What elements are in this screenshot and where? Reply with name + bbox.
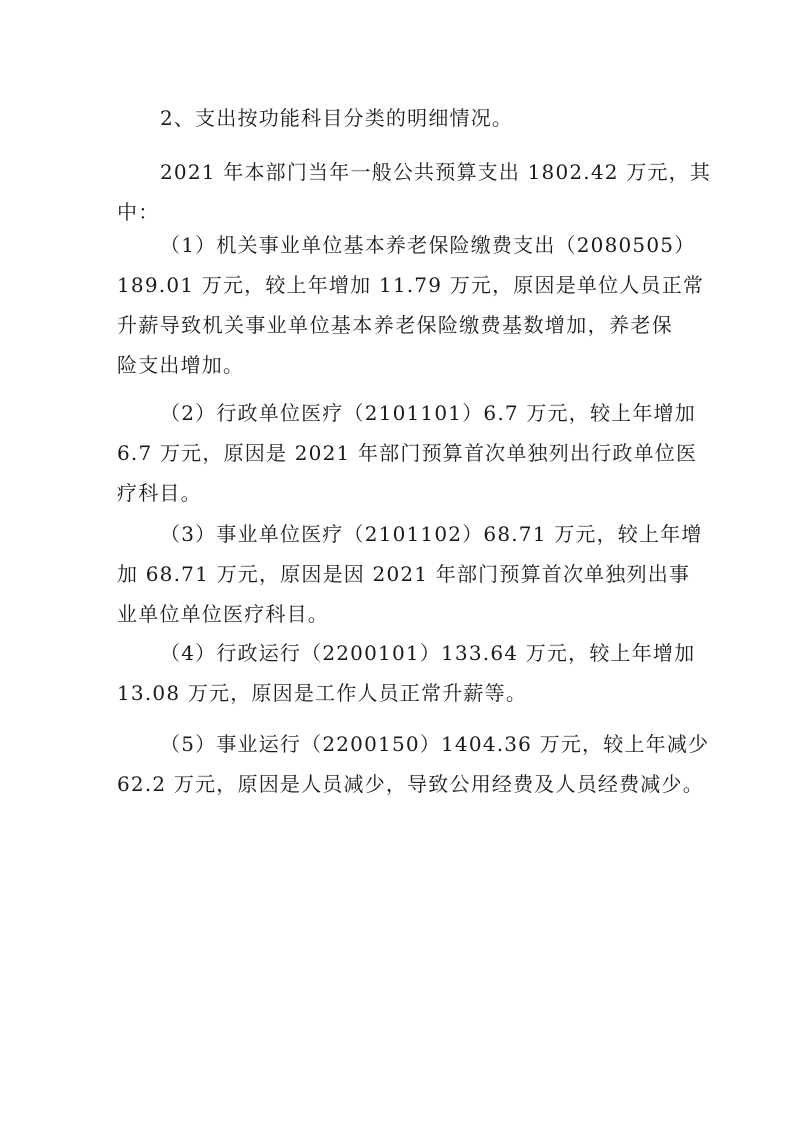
- paragraph-line: 中：: [117, 197, 673, 227]
- paragraph-line: 升薪导致机关事业单位基本养老保险缴费基数增加，养老保: [117, 310, 673, 340]
- paragraph-line: （1）机关事业单位基本养老保险缴费支出（2080505）: [160, 230, 673, 260]
- section-heading: 2、支出按功能科目分类的明细情况。: [160, 103, 673, 133]
- paragraph-line: 疗科目。: [117, 478, 673, 508]
- paragraph-line: 189.01 万元，较上年增加 11.79 万元，原因是单位人员正常: [117, 270, 673, 300]
- document-page: 2、支出按功能科目分类的明细情况。 2021 年本部门当年一般公共预算支出 18…: [0, 0, 793, 1122]
- paragraph-line: 6.7 万元，原因是 2021 年部门预算首次单独列出行政单位医: [117, 438, 673, 468]
- paragraph-line: （3）事业单位医疗（2101102）68.71 万元，较上年增: [160, 519, 673, 549]
- paragraph-line: （2）行政单位医疗（2101101）6.7 万元，较上年增加: [160, 398, 673, 428]
- paragraph-line: 2021 年本部门当年一般公共预算支出 1802.42 万元，其: [160, 157, 673, 187]
- paragraph-line: 13.08 万元，原因是工作人员正常升薪等。: [117, 678, 673, 708]
- paragraph-line: 加 68.71 万元，原因是因 2021 年部门预算首次单独列出事: [117, 559, 673, 589]
- paragraph-line: （5）事业运行（2200150）1404.36 万元，较上年减少: [160, 729, 673, 759]
- paragraph-line: （4）行政运行（2200101）133.64 万元，较上年增加: [160, 638, 673, 668]
- paragraph-line: 62.2 万元，原因是人员减少，导致公用经费及人员经费减少。: [117, 769, 673, 799]
- paragraph-line: 险支出增加。: [117, 350, 673, 380]
- paragraph-line: 业单位单位医疗科目。: [117, 599, 673, 629]
